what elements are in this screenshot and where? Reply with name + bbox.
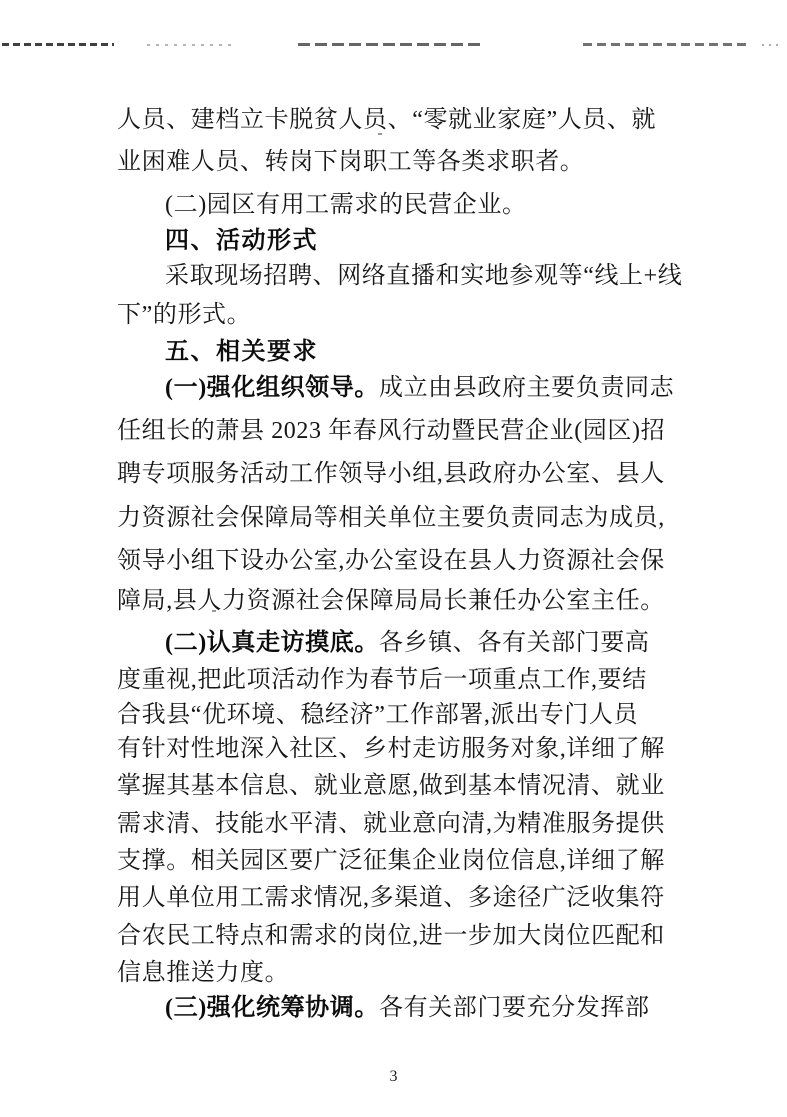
text-line: 支撑。相关园区要广泛征集企业岗位信息,详细了解 xyxy=(117,846,683,876)
text-line: 领导小组下设办公室,办公室设在县人力资源社会保 xyxy=(117,546,683,576)
text-line: 合农民工特点和需求的岗位,进一步加大岗位匹配和 xyxy=(117,921,683,951)
text-line: 度重视,把此项活动作为春节后一项重点工作,要结 xyxy=(117,665,683,695)
text-line: 掌握其基本信息、就业意愿,做到基本情况清、就业 xyxy=(117,771,683,801)
scan-artifact-line-4 xyxy=(583,43,747,46)
text-line: 信息推送力度。 xyxy=(117,958,683,988)
section-heading: 五、相关要求 xyxy=(117,337,731,367)
text-line: 力资源社会保障局等相关单位主要负责同志为成员, xyxy=(117,503,683,533)
text-line: (二)认真走访摸底。各乡镇、各有关部门要高 xyxy=(117,628,731,658)
text-line: 业困难人员、转岗下岗职工等各类求职者。 xyxy=(117,147,683,177)
paragraph-lead: (三)强化统筹协调。 xyxy=(165,995,379,1021)
scan-artifact-line-3 xyxy=(298,43,480,46)
text-line: 用人单位用工需求情况,多渠道、多途径广泛收集符 xyxy=(117,883,683,913)
text-line: 任组长的萧县 2023 年春风行动暨民营企业(园区)招 xyxy=(117,416,683,446)
scan-artifact-line-2 xyxy=(147,44,235,46)
text-line: 障局,县人力资源社会保障局局长兼任办公室主任。 xyxy=(117,586,683,616)
document-page: 人员、建档立卡脱贫人员、“零就业家庭”人员、就业困难人员、转岗下岗职工等各类求职… xyxy=(0,0,787,1117)
text-line: 合我县“优环境、稳经济”工作部署,派出专门人员 xyxy=(117,700,683,730)
page-number: 3 xyxy=(0,1068,787,1086)
text-line: 需求清、技能水平清、就业意向清,为精准服务提供 xyxy=(117,809,683,839)
text-line: (三)强化统筹协调。各有关部门要充分发挥部 xyxy=(117,993,731,1023)
section-heading: 四、活动形式 xyxy=(117,226,731,256)
text-line: (二)园区有用工需求的民营企业。 xyxy=(117,190,731,220)
scan-artifact-line-5 xyxy=(762,44,778,46)
scan-artifact-line-1 xyxy=(2,43,114,46)
text-line: 人员、建档立卡脱贫人员、“零就业家庭”人员、就 xyxy=(117,105,683,135)
text-line: 聘专项服务活动工作领导小组,县政府办公室、县人 xyxy=(117,459,683,489)
text-line: 采取现场招聘、网络直播和实地参观等“线上+线 xyxy=(117,261,731,291)
text-line: 下”的形式。 xyxy=(117,300,683,330)
text-line: (一)强化组织领导。成立由县政府主要负责同志 xyxy=(117,373,731,403)
text-line: 有针对性地深入社区、乡村走访服务对象,详细了解 xyxy=(117,734,683,764)
paragraph-lead: (二)认真走访摸底。 xyxy=(165,630,379,656)
paragraph-lead: (一)强化组织领导。 xyxy=(165,375,379,401)
